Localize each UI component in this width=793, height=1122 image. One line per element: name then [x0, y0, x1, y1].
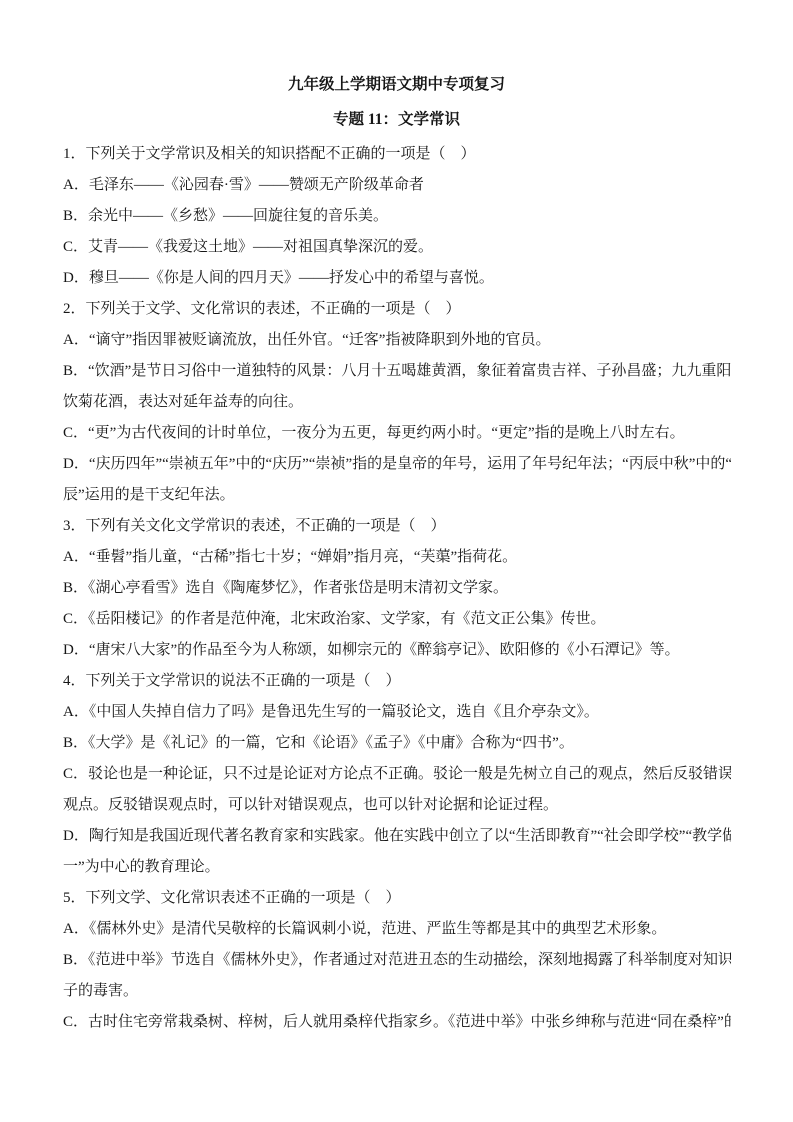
question-line: 饮菊花酒，表达对延年益寿的向往。	[63, 387, 731, 418]
question-line: B．余光中——《乡愁》——回旋往复的音乐美。	[63, 201, 731, 232]
question-line: D．穆旦——《你是人间的四月天》——抒发心中的希望与喜悦。	[63, 263, 731, 294]
question-line: B．《大学》是《礼记》的一篇，它和《论语》《孟子》《中庸》合称为“四书”。	[63, 728, 731, 759]
question-line: D．“庆历四年”“崇祯五年”中的“庆历”“崇祯”指的是皇帝的年号，运用了年号纪年…	[63, 449, 731, 480]
page: 九年级上学期语文期中专项复习 专题 11：文学常识 1．下列关于文学常识及相关的…	[0, 0, 793, 1122]
question-line: 4．下列关于文学常识的说法不正确的一项是（ ）	[63, 666, 731, 697]
document-subtitle: 专题 11：文学常识	[0, 111, 793, 129]
question-block-2: 2．下列关于文学、文化常识的表述，不正确的一项是（ ）A．“谪守”指因罪被贬谪流…	[63, 294, 731, 511]
question-line: C．《岳阳楼记》的作者是范仲淹，北宋政治家、文学家，有《范文正公集》传世。	[63, 604, 731, 635]
question-block-4: 4．下列关于文学常识的说法不正确的一项是（ ）A．《中国人失掉自信力了吗》是鲁迅…	[63, 666, 731, 883]
document-body: 1．下列关于文学常识及相关的知识搭配不正确的一项是（ ）A．毛泽东——《沁园春·…	[0, 139, 793, 1038]
question-line: A．毛泽东——《沁园春·雪》——赞颂无产阶级革命者	[63, 170, 731, 201]
question-line: 3．下列有关文化文学常识的表述，不正确的一项是（ ）	[63, 511, 731, 542]
question-line: C．“更”为古代夜间的计时单位，一夜分为五更，每更约两小时。“更定”指的是晚上八…	[63, 418, 731, 449]
question-line: A．《儒林外史》是清代吴敬梓的长篇讽刺小说，范进、严监生等都是其中的典型艺术形象…	[63, 914, 731, 945]
question-block-1: 1．下列关于文学常识及相关的知识搭配不正确的一项是（ ）A．毛泽东——《沁园春·…	[63, 139, 731, 294]
question-block-3: 3．下列有关文化文学常识的表述，不正确的一项是（ ）A．“垂髫”指儿童，“古稀”…	[63, 511, 731, 666]
question-line: B．《湖心亭看雪》选自《陶庵梦忆》，作者张岱是明末清初文学家。	[63, 573, 731, 604]
question-line: A．“垂髫”指儿童，“古稀”指七十岁；“婵娟”指月亮，“芙蕖”指荷花。	[63, 542, 731, 573]
question-line: 5．下列文学、文化常识表述不正确的一项是（ ）	[63, 883, 731, 914]
question-line: 观点。反驳错误观点时，可以针对错误观点，也可以针对论据和论证过程。	[63, 790, 731, 821]
question-line: D．陶行知是我国近现代著名教育家和实践家。他在实践中创立了以“生活即教育”“社会…	[63, 821, 731, 852]
question-line: 2．下列关于文学、文化常识的表述，不正确的一项是（ ）	[63, 294, 731, 325]
question-block-5: 5．下列文学、文化常识表述不正确的一项是（ ）A．《儒林外史》是清代吴敬梓的长篇…	[63, 883, 731, 1038]
question-line: A．“谪守”指因罪被贬谪流放，出任外官。“迁客”指被降职到外地的官员。	[63, 325, 731, 356]
question-line: C．艾青——《我爱这土地》——对祖国真挚深沉的爱。	[63, 232, 731, 263]
question-line: B．《范进中举》节选自《儒林外史》，作者通过对范进丑态的生动描绘，深刻地揭露了科…	[63, 945, 731, 976]
question-line: 一”为中心的教育理论。	[63, 852, 731, 883]
question-line: B．“饮酒”是节日习俗中一道独特的风景：八月十五喝雄黄酒，象征着富贵吉祥、子孙昌…	[63, 356, 731, 387]
question-line: C．古时住宅旁常栽桑树、梓树，后人就用桑梓代指家乡。《范进中举》中张乡绅称与范进…	[63, 1007, 731, 1038]
question-line: 1．下列关于文学常识及相关的知识搭配不正确的一项是（ ）	[63, 139, 731, 170]
document-title: 九年级上学期语文期中专项复习	[0, 0, 793, 94]
question-line: 子的毒害。	[63, 976, 731, 1007]
question-line: A．《中国人失掉自信力了吗》是鲁迅先生写的一篇驳论文，选自《且介亭杂文》。	[63, 697, 731, 728]
question-line: C．驳论也是一种论证，只不过是论证对方论点不正确。驳论一般是先树立自己的观点，然…	[63, 759, 731, 790]
question-line: D．“唐宋八大家”的作品至今为人称颂，如柳宗元的《醉翁亭记》、欧阳修的《小石潭记…	[63, 635, 731, 666]
question-line: 辰”运用的是干支纪年法。	[63, 480, 731, 511]
